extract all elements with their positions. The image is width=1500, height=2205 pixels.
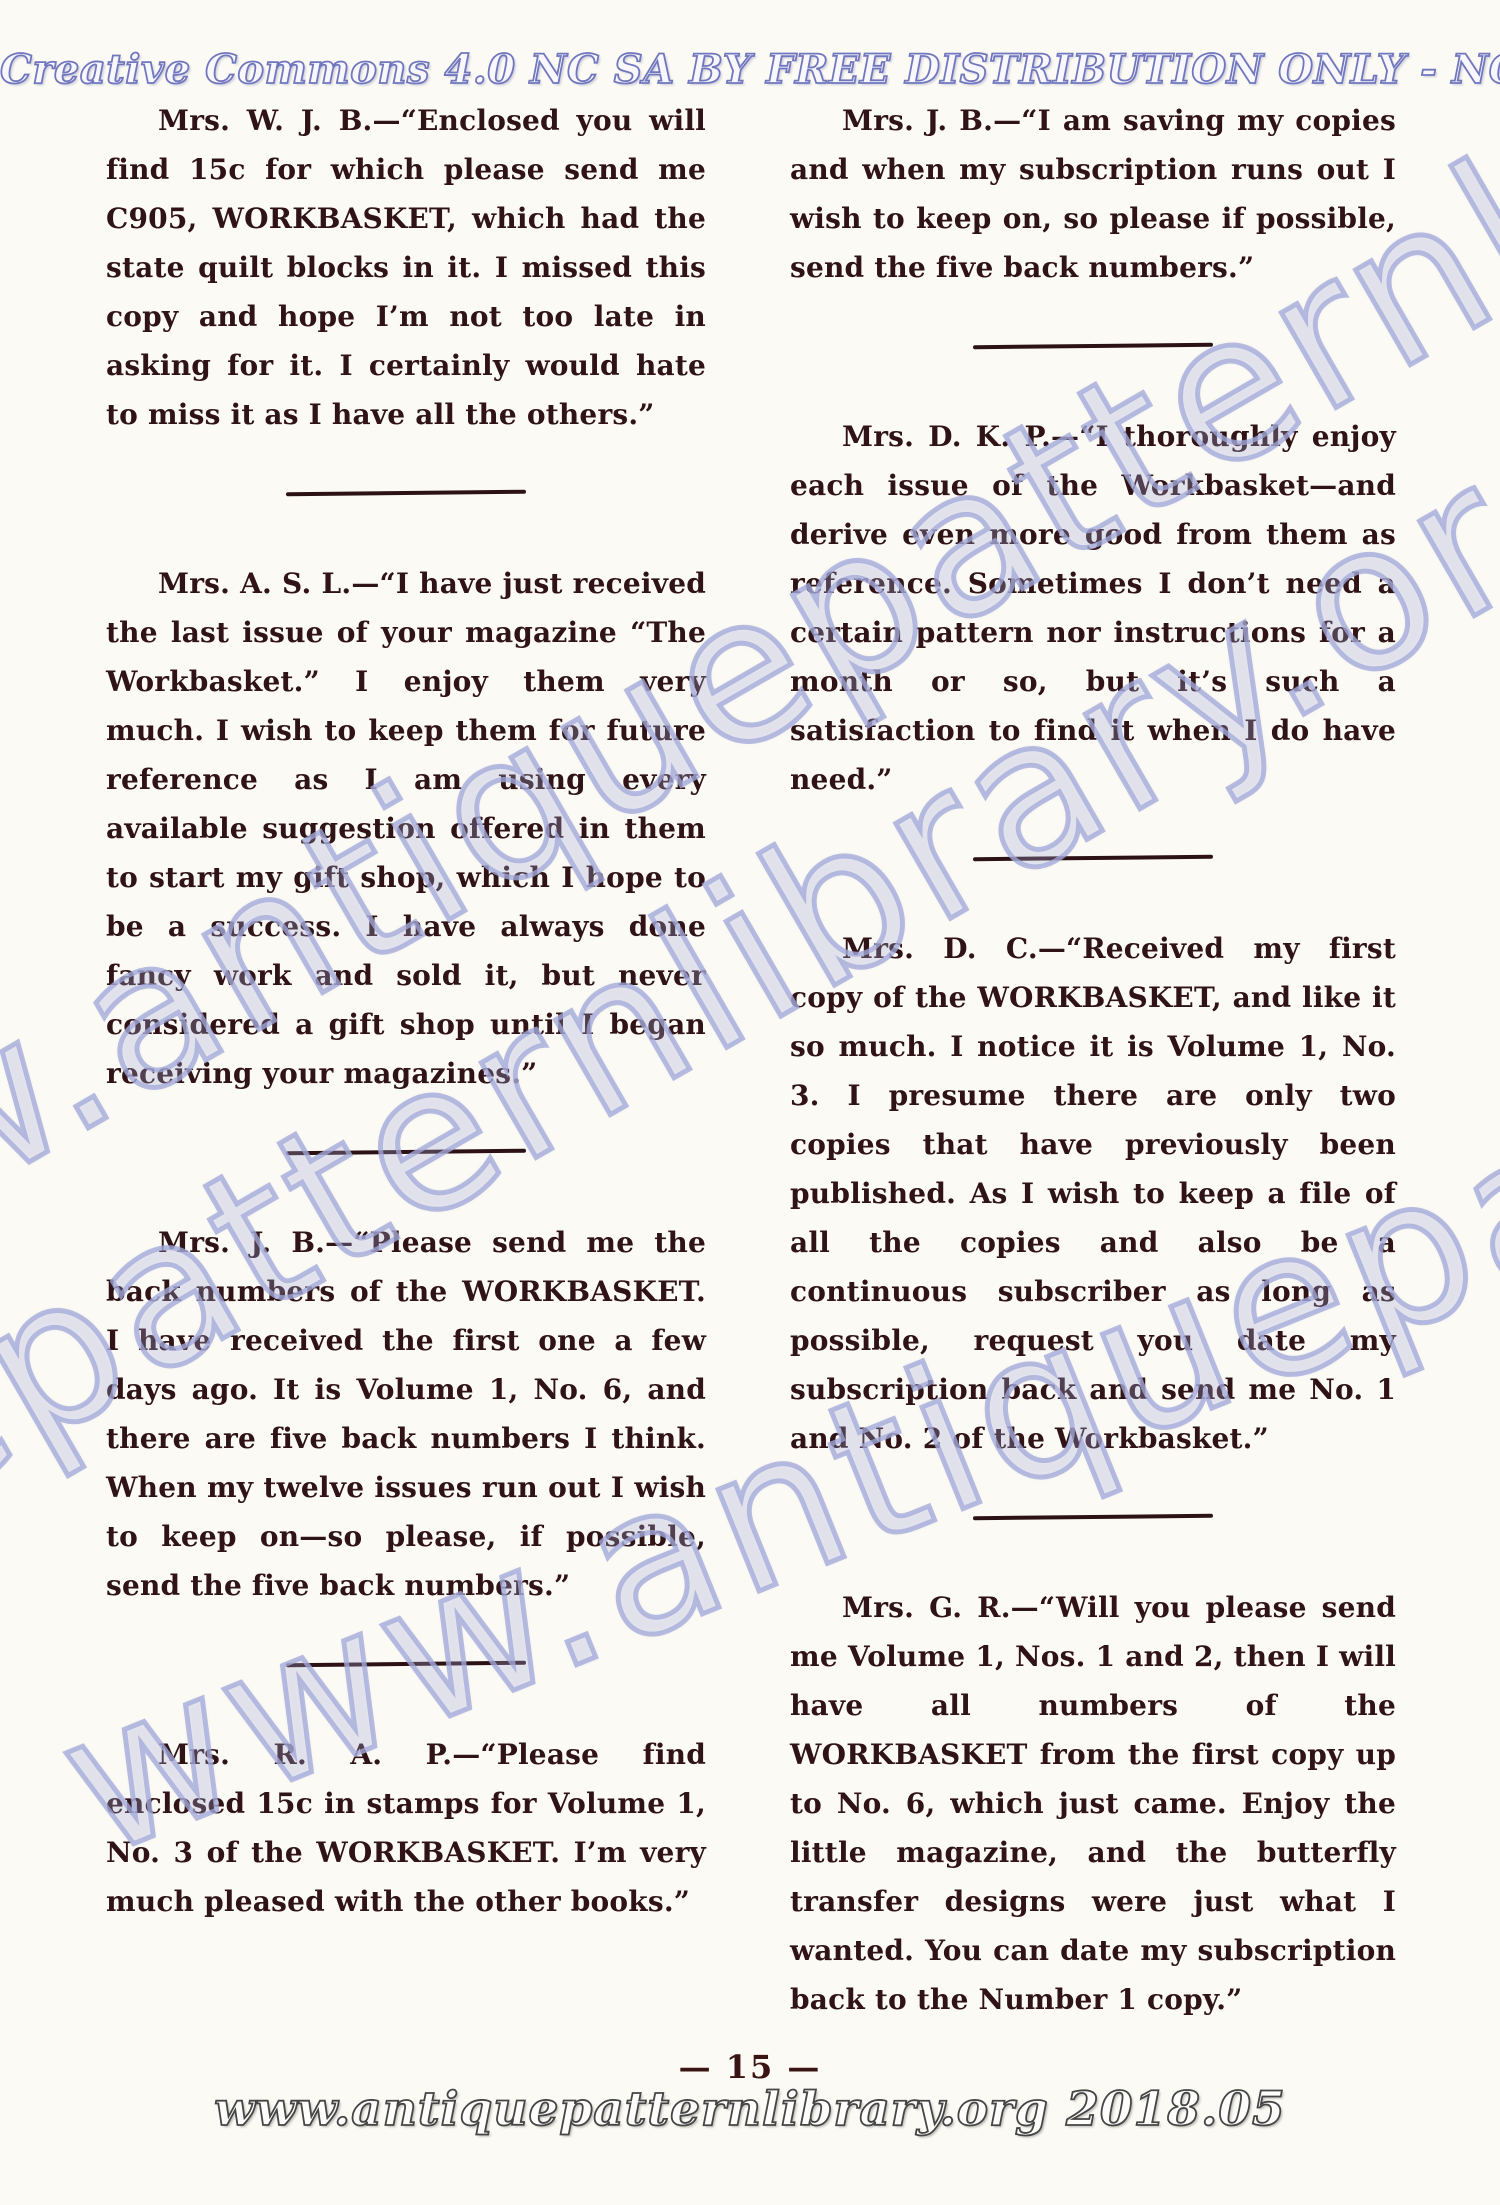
section-divider [286,1661,526,1668]
letters-body: Mrs. W. J. B.—“Enclosed you will find 15… [106,96,1396,2024]
section-divider [973,1514,1213,1521]
right-column: Mrs. J. B.—“I am saving my copies and wh… [790,96,1396,2024]
letter-paragraph: Mrs. G. R.—“Will you please send me Volu… [790,1583,1396,2024]
letter-paragraph: Mrs. W. J. B.—“Enclosed you will find 15… [106,96,706,439]
letter-paragraph: Mrs. R. A. P.—“Please find enclosed 15c … [106,1730,706,1926]
license-header: Creative Commons 4.0 NC SA BY FREE DISTR… [0,46,1500,93]
section-divider [973,855,1213,862]
page-number: — 15 — [0,2048,1500,2086]
letter-paragraph: Mrs. J. B.—“Please send me the back numb… [106,1218,706,1610]
letter-paragraph: Mrs. D. C.—“Received my first copy of th… [790,924,1396,1463]
letter-paragraph: Mrs. A. S. L.—“I have just received the … [106,559,706,1098]
section-divider [286,490,526,497]
letter-paragraph: Mrs. D. K. P.—“I thoroughly enjoy each i… [790,412,1396,804]
section-divider [973,343,1213,350]
left-column: Mrs. W. J. B.—“Enclosed you will find 15… [106,96,706,2024]
letter-paragraph: Mrs. J. B.—“I am saving my copies and wh… [790,96,1396,292]
footer-url: www.antiquepatternlibrary.org 2018.05 [0,2082,1500,2137]
scanned-magazine-page: www.antiquepatternlibrary.org www.antiqu… [0,0,1500,2205]
section-divider [286,1149,526,1156]
